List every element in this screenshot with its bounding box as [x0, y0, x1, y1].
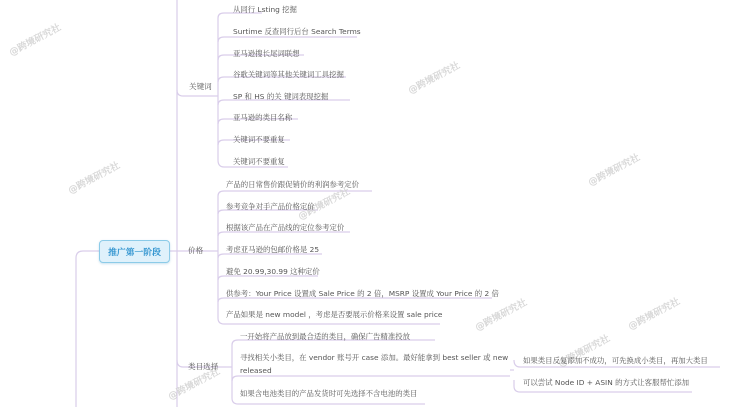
keyword-node[interactable]: 从同行 Lsting 挖掘 — [233, 4, 297, 15]
price-node[interactable]: 根据该产品在产品线的定位参考定价 — [226, 222, 344, 233]
price-node[interactable]: 产品的日常售价跟促销价的利润参考定价 — [226, 179, 359, 190]
category-node-line2: released — [240, 365, 508, 376]
root-node[interactable]: 推广第一阶段 — [99, 240, 170, 263]
category-node-line1: 寻找相关小类目，在 vendor 账号开 case 添加。最好能拿到 best … — [240, 352, 508, 363]
mindmap-canvas: @跨境研究社 @跨境研究社 @跨境研究社 @跨境研究社 @跨境研究社 @跨境研究… — [0, 0, 750, 407]
branch-price[interactable]: 价格 — [188, 245, 203, 256]
price-node[interactable]: 参考竞争对手产品价格定价 — [226, 201, 315, 212]
keyword-node[interactable]: 关键词不要重复 — [233, 134, 285, 145]
category-node[interactable]: 一开始将产品放到最合适的类目，确保广告精准投放 — [240, 331, 410, 342]
keyword-node[interactable]: Surtime 反查同行后台 Search Terms — [233, 26, 361, 37]
branch-keywords[interactable]: 关键词 — [189, 81, 212, 92]
price-node[interactable]: 供参考：Your Price 设置成 Sale Price 的 2 倍，MSRP… — [226, 288, 499, 299]
keyword-node[interactable]: SP 和 HS 的关 键词表现挖掘 — [233, 91, 328, 102]
price-node[interactable]: 产品如果是 new model ，考虑是否要展示价格来设置 sale price — [226, 309, 442, 320]
category-subnode[interactable]: 可以尝试 Node ID + ASIN 的方式让客服帮忙添加 — [523, 377, 689, 388]
keyword-node[interactable]: 谷歌关键词等其他关键词工具挖掘 — [233, 69, 344, 80]
price-node[interactable]: 考虑亚马逊的包邮价格是 25 — [226, 244, 319, 255]
category-node-vendor-case[interactable]: 寻找相关小类目，在 vendor 账号开 case 添加。最好能拿到 best … — [240, 352, 508, 376]
root-node-label: 推广第一阶段 — [108, 245, 161, 258]
connector-lines — [0, 0, 750, 407]
category-node[interactable]: 如果含电池类目的产品发货时可先选择不含电池的类目 — [240, 388, 417, 399]
price-node[interactable]: 避免 20.99,30.99 这种定价 — [226, 266, 320, 277]
category-subnode[interactable]: 如果类目反复添加不成功，可先换成小类目，再加大类目 — [523, 355, 708, 366]
branch-category[interactable]: 类目选择 — [188, 361, 218, 372]
keyword-node[interactable]: 亚马逊的类目名称 — [233, 112, 292, 123]
keyword-node[interactable]: 关键词不要重复 — [233, 156, 285, 167]
keyword-node[interactable]: 亚马逊搜长尾词联想 — [233, 48, 300, 59]
